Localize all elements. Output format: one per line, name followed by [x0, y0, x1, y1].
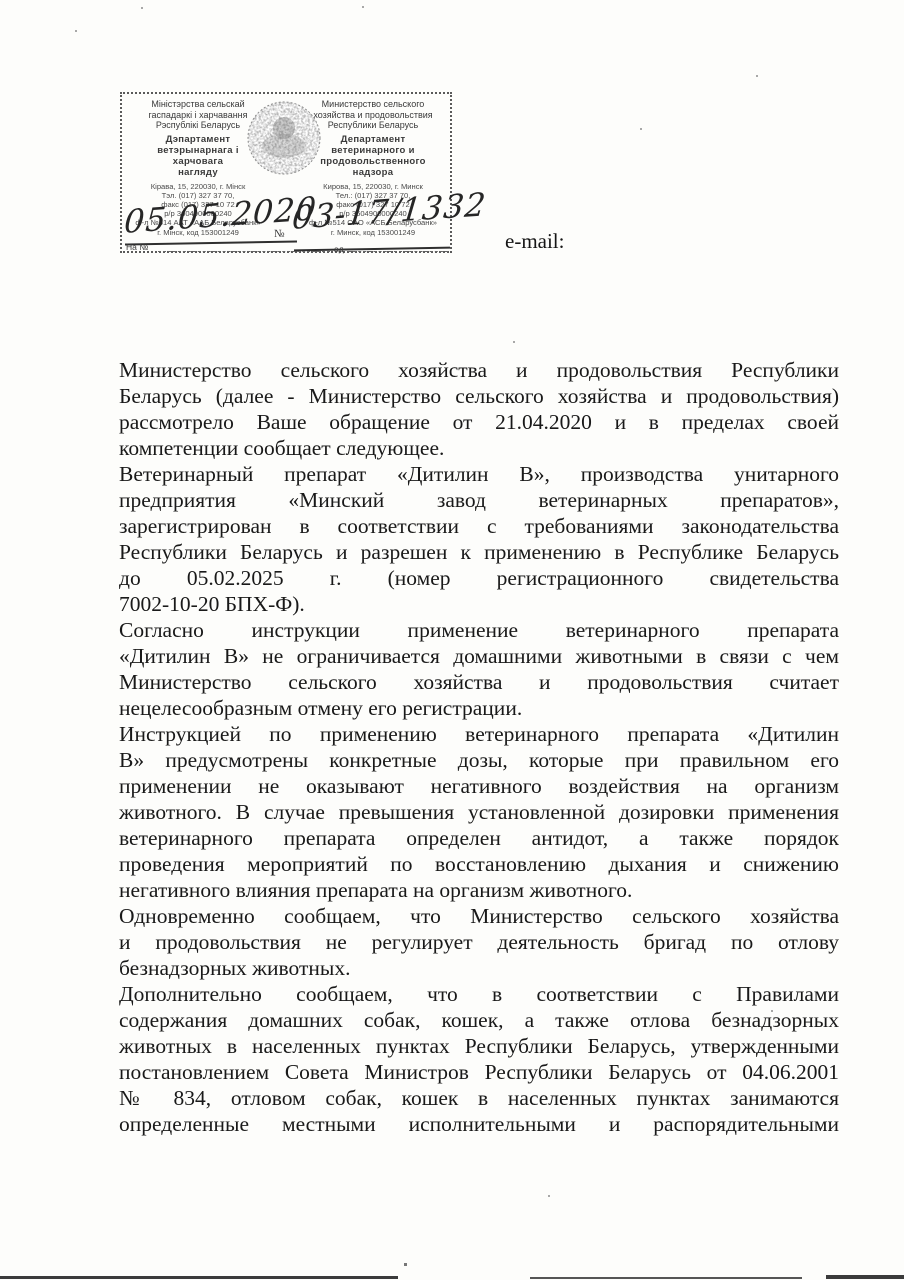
text-line: Министерство сельского хозяйства и продо… [119, 357, 839, 383]
text-line: и продовольствия не регулирует деятельно… [119, 929, 839, 955]
scan-speck [141, 7, 143, 9]
scan-speck [362, 6, 364, 8]
number-sign: № [274, 228, 285, 240]
text-line: животных в населенных пунктах Республики… [119, 1033, 839, 1059]
scan-artifact-line [0, 1276, 398, 1279]
paragraph: Инструкцией по применению ветеринарного … [119, 721, 839, 903]
text-line: нецелесообразным отмену его регистрации. [119, 695, 839, 721]
org-name-line: Республики Беларусь [298, 120, 448, 131]
text-line: Беларусь (далее - Министерство сельского… [119, 383, 839, 409]
text-line: Республики Беларусь и разрешен к примене… [119, 539, 839, 565]
text-line: до 05.02.2025 г. (номер регистрационного… [119, 565, 839, 591]
text-line: животного. В случае превышения установле… [119, 799, 839, 825]
department-name-line: надзора [298, 167, 448, 178]
reference-number-blank-line [158, 251, 330, 252]
text-line: 7002-10-20 БПХ-Ф). [119, 591, 839, 617]
reference-date-label: ад [334, 244, 344, 254]
text-line: постановлением Совета Министров Республи… [119, 1059, 839, 1085]
text-line: зарегистрирован в соответствии с требова… [119, 513, 839, 539]
scan-artifact-line [826, 1275, 904, 1279]
text-line: безнадзорных животных. [119, 955, 839, 981]
org-name-line: Министерство сельского [298, 99, 448, 110]
text-line: «Дитилин В» не ограничивается домашними … [119, 643, 839, 669]
letterhead-box: Міністэрства сельскайгаспадаркі і харчав… [120, 92, 452, 253]
paragraph: Согласно инструкции применение ветеринар… [119, 617, 839, 721]
scan-speck [75, 30, 77, 32]
text-line: рассмотрело Ваше обращение от 21.04.2020… [119, 409, 839, 435]
paragraph: Ветеринарный препарат «Дитилин В», произ… [119, 461, 839, 617]
paragraph: Министерство сельского хозяйства и продо… [119, 357, 839, 461]
address-line: Кірава, 15, 220030, г. Мінск [124, 182, 272, 191]
reference-number-label: На № [126, 242, 148, 252]
text-line: Согласно инструкции применение ветеринар… [119, 617, 839, 643]
email-label: e-mail: [505, 229, 564, 254]
text-line: применении не оказывают негативного возд… [119, 773, 839, 799]
text-line: предприятия «Минский завод ветеринарных … [119, 487, 839, 513]
scan-speck [640, 128, 642, 130]
scan-artifact-line [530, 1277, 802, 1279]
org-name-russian: Министерство сельскогохозяйства и продов… [298, 99, 448, 131]
department-name-russian: Департаментветеринарного ипродовольствен… [298, 134, 448, 178]
paragraph: Дополнительно сообщаем, что в соответств… [119, 981, 839, 1137]
reference-date-blank-line [348, 251, 448, 252]
text-line: Дополнительно сообщаем, что в соответств… [119, 981, 839, 1007]
text-line: Министерство сельского хозяйства и продо… [119, 669, 839, 695]
text-line: № 834, отловом собак, кошек в населенных… [119, 1085, 839, 1111]
text-line: Ветеринарный препарат «Дитилин В», произ… [119, 461, 839, 487]
department-name-line: ветеринарного и [298, 145, 448, 156]
text-line: ветеринарного препарата определен антидо… [119, 825, 839, 851]
text-line: В» предусмотрены конкретные дозы, которы… [119, 747, 839, 773]
text-line: Одновременно сообщаем, что Министерство … [119, 903, 839, 929]
text-line: проведения мероприятий по восстановлению… [119, 851, 839, 877]
scan-artifact-mark [404, 1263, 407, 1266]
scanned-letter-page: Міністэрства сельскайгаспадаркі і харчав… [0, 0, 904, 1280]
scan-speck [548, 1195, 550, 1197]
department-name-line: Департамент [298, 134, 448, 145]
scan-speck [771, 1010, 773, 1012]
text-line: содержания домашних собак, кошек, а такж… [119, 1007, 839, 1033]
text-line: негативного влияния препарата на организ… [119, 877, 839, 903]
department-name-line: продовольственного [298, 156, 448, 167]
text-line: компетенции сообщает следующее. [119, 435, 839, 461]
letter-body: Министерство сельского хозяйства и продо… [119, 357, 839, 1137]
scan-speck [513, 341, 515, 343]
org-name-line: хозяйства и продовольствия [298, 110, 448, 121]
text-line: определенные местными исполнительными и … [119, 1111, 839, 1137]
paragraph: Одновременно сообщаем, что Министерство … [119, 903, 839, 981]
date-underline [125, 240, 297, 245]
scan-speck [756, 75, 758, 77]
text-line: Инструкцией по применению ветеринарного … [119, 721, 839, 747]
